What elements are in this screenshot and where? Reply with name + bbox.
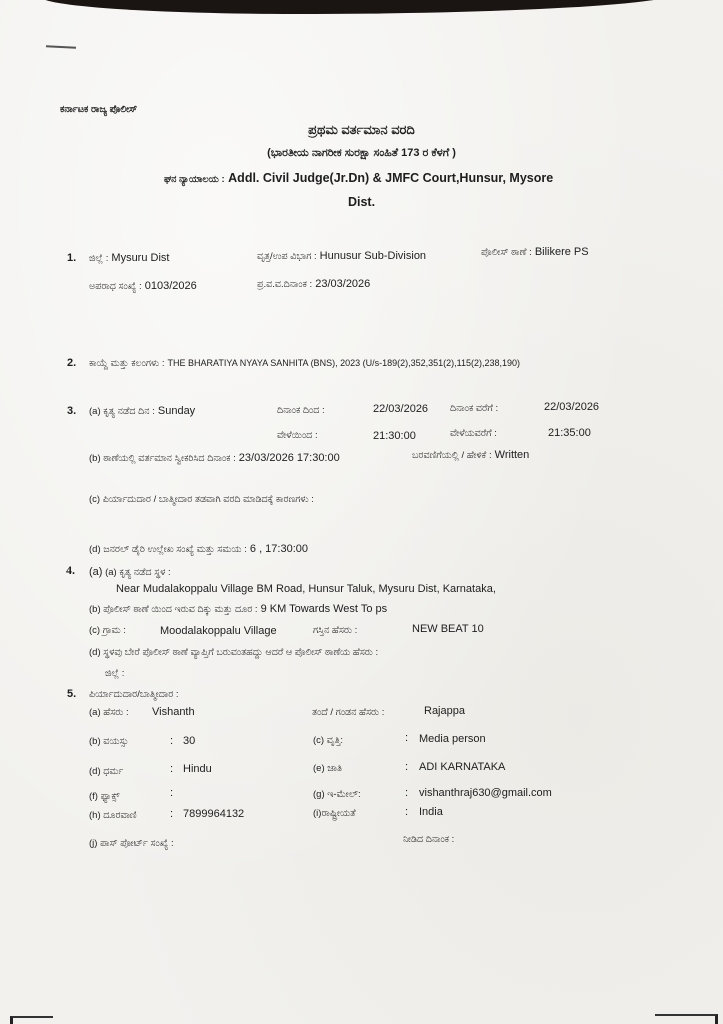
caste-colon: : [405, 761, 408, 773]
section3-number: 3. [67, 405, 76, 417]
beat-label: ಗಸ್ತಿನ ಹೆಸರು : [313, 625, 357, 636]
section5-number: 5. [67, 688, 76, 700]
fir-date-label: ಪ್ರ.ವ.ವ.ದಿನಾಂಕ : [257, 279, 312, 290]
acts-sections-label: ಕಾಯ್ದೆ ಮತ್ತು ಕಲಂಗಳು : [89, 358, 164, 369]
beat-value: NEW BEAT 10 [412, 623, 484, 635]
court-line: ಘನ ನ್ಯಾಯಾಲಯ : Addl. Civil Judge(Jr.Dn) &… [164, 171, 553, 185]
nationality-label: (i)ರಾಷ್ಟ್ರೀಯತೆ [313, 808, 356, 819]
crime-number-label: ಅಪರಾಧ ಸಂಖ್ಯೆ : [89, 281, 142, 292]
village-value: Moodalakoppalu Village [160, 625, 277, 637]
court-value: Addl. Civil Judge(Jr.Dn) & JMFC Court,Hu… [228, 171, 553, 185]
scan-edge-bottom-right [655, 1014, 718, 1024]
info-received-value: 23/03/2026 17:30:00 [239, 452, 340, 464]
district-field: ಜಿಲ್ಲೆ : Mysuru Dist [89, 252, 169, 264]
date-to-label: ದಿನಾಂಕ ವರೆಗೆ : [450, 403, 498, 414]
acts-sections-field: ಕಾಯ್ದೆ ಮತ್ತು ಕಲಂಗಳು : THE BHARATIYA NYAY… [89, 357, 520, 369]
religion-value: Hindu [183, 763, 212, 775]
other-station-field: (d) ಸ್ಥಳವು ಬೇರೆ ಪೊಲೀಸ್ ಠಾಣೆ ವ್ಯಾಪ್ತಿಗೆ ಬ… [89, 646, 378, 658]
delay-reason-label: (c) ಪಿರ್ಯಾದುದಾರ / ಬಾತ್ಮೀದಾರ ತಡವಾಗಿ ವರದಿ … [89, 494, 314, 505]
crime-number-field: ಅಪರಾಧ ಸಂಖ್ಯೆ : 0103/2026 [89, 280, 197, 292]
district-label: ಜಿಲ್ಲೆ : [89, 253, 108, 264]
district-value: Mysuru Dist [111, 252, 169, 264]
general-diary-field: (d) ಜನರಲ್ ಡೈರಿ ಉಲ್ಲೇಖ ಸಂಖ್ಯೆ ಮತ್ತು ಸಮಯ :… [89, 543, 308, 555]
station-label: ಪೊಲೀಸ್ ಠಾಣೆ : [481, 247, 532, 258]
info-mode-label: ಬರವಣಿಗೆಯಲ್ಲಿ / ಹೇಳಿಕೆ : [412, 450, 492, 461]
nationality-colon: : [405, 806, 408, 818]
complainant-heading: ಪಿರ್ಯಾದುದಾರ/ಬಾತ್ಮೀದಾರ : [89, 689, 179, 700]
general-diary-value: 6 , 17:30:00 [250, 543, 308, 555]
other-station-label: (d) ಸ್ಥಳವು ಬೇರೆ ಪೊಲೀಸ್ ಠಾಣೆ ವ್ಯಾಪ್ತಿಗೆ ಬ… [89, 647, 378, 658]
occupation-label: (c) ವೃತ್ತಿ: [313, 735, 343, 746]
phone-value: 7899964132 [183, 808, 244, 820]
age-colon: : [170, 735, 173, 747]
name-label: (a) ಹೆಸರು : [89, 707, 129, 718]
pen-mark [46, 45, 76, 49]
name-value: Vishanth [152, 706, 195, 718]
caste-label: (e) ಜಾತಿ [313, 763, 342, 774]
nationality-value: India [419, 806, 443, 818]
info-mode-value: Written [495, 449, 530, 461]
section2-number: 2. [67, 357, 76, 369]
village-label: (c) ಗ್ರಾಮ : [89, 625, 126, 636]
father-name-label: ತಂದೆ / ಗಂಡನ ಹೆಸರು : [312, 707, 384, 718]
fax-label: (f) ಫ್ಯಾಕ್ಸ್ [89, 791, 120, 802]
other-district-field: ಜಿಲ್ಲೆ : [105, 667, 124, 679]
delay-reason-field: (c) ಪಿರ್ಯಾದುದಾರ / ಬಾತ್ಮೀದಾರ ತಡವಾಗಿ ವರದಿ … [89, 493, 314, 505]
phone-label: (h) ದೂರವಾಣಿ [89, 810, 137, 821]
scan-edge-bottom-left [10, 1016, 53, 1024]
fir-date-value: 23/03/2026 [315, 278, 370, 290]
scanned-fir-page: ಕರ್ನಾಟಕ ರಾಜ್ಯ ಪೊಲೀಸ್ ಪ್ರಥಮ ವರ್ತಮಾನ ವರದಿ … [0, 0, 723, 1024]
scan-shadow-top [40, 0, 680, 14]
place-label-text: (a) ಕೃತ್ಯ ನಡೆದ ಸ್ಥಳ : [105, 567, 171, 578]
religion-colon: : [170, 763, 173, 775]
time-from-label: ವೇಳೆಯಿಂದ : [277, 430, 318, 441]
direction-distance-label: (b) ಪೊಲೀಸ್ ಠಾಣೆ ಯಿಂದ ಇರುವ ದಿಕ್ಕು ಮತ್ತು ದ… [89, 604, 258, 615]
station-field: ಪೊಲೀಸ್ ಠಾಣೆ : Bilikere PS [481, 246, 589, 258]
passport-issue-date-label: ನೀಡಿದ ದಿನಾಂಕ : [403, 834, 454, 845]
date-to-value: 22/03/2026 [544, 401, 599, 413]
occupation-colon: : [405, 732, 408, 744]
occupation-value: Media person [419, 733, 486, 745]
org-name: ಕರ್ನಾಟಕ ರಾಜ್ಯ ಪೊಲೀಸ್ [60, 104, 137, 115]
time-from-value: 21:30:00 [373, 430, 416, 442]
father-name-value: Rajappa [424, 705, 465, 717]
other-district-label: ಜಿಲ್ಲೆ : [105, 668, 124, 679]
fir-date-field: ಪ್ರ.ವ.ವ.ದಿನಾಂಕ : 23/03/2026 [257, 278, 370, 290]
date-from-value: 22/03/2026 [373, 403, 428, 415]
direction-distance-value: 9 KM Towards West To ps [261, 603, 388, 615]
place-of-occurrence-value: Near Mudalakoppalu Village BM Road, Huns… [116, 583, 496, 595]
place-of-occurrence-label: (a) (a) ಕೃತ್ಯ ನಡೆದ ಸ್ಥಳ : [89, 566, 171, 578]
info-received-field: (b) ಠಾಣೆಯಲ್ಲಿ ವರ್ತಮಾನ ಸ್ವೀಕರಿಸಿದ ದಿನಾಂಕ … [89, 452, 340, 464]
date-from-label: ದಿನಾಂಕ ದಿಂದ : [277, 405, 325, 416]
occurrence-day-label: (a) ಕೃತ್ಯ ನಡೆದ ದಿನ : [89, 406, 155, 417]
court-value-continued: Dist. [0, 195, 723, 209]
info-mode-field: ಬರವಣಿಗೆಯಲ್ಲಿ / ಹೇಳಿಕೆ : Written [412, 449, 529, 461]
email-colon: : [405, 787, 408, 799]
subdivision-value: Hunusur Sub-Division [320, 250, 426, 262]
info-received-label: (b) ಠಾಣೆಯಲ್ಲಿ ವರ್ತಮಾನ ಸ್ವೀಕರಿಸಿದ ದಿನಾಂಕ … [89, 453, 236, 464]
document-subtitle: (ಭಾರತೀಯ ನಾಗರೀಕ ಸುರಕ್ಷಾ ಸಂಹಿತೆ 173 ರ ಕೆಳಗ… [0, 147, 723, 160]
crime-number-value: 0103/2026 [145, 280, 197, 292]
time-to-label: ವೇಳೆಯವರೆಗೆ : [450, 428, 497, 439]
religion-label: (d) ಧರ್ಮ [89, 766, 123, 777]
email-value: vishanthraj630@gmail.com [419, 787, 552, 799]
direction-distance-field: (b) ಪೊಲೀಸ್ ಠಾಣೆ ಯಿಂದ ಇರುವ ದಿಕ್ಕು ಮತ್ತು ದ… [89, 603, 387, 615]
occurrence-day-field: (a) ಕೃತ್ಯ ನಡೆದ ದಿನ : Sunday [89, 405, 195, 417]
section1-number: 1. [67, 252, 76, 264]
general-diary-label: (d) ಜನರಲ್ ಡೈರಿ ಉಲ್ಲೇಖ ಸಂಖ್ಯೆ ಮತ್ತು ಸಮಯ : [89, 544, 247, 555]
subdivision-label: ವೃತ್ತ/ಉಪ ವಿಭಾಗ : [257, 251, 317, 262]
acts-sections-value: THE BHARATIYA NYAYA SANHITA (BNS), 2023 … [168, 358, 520, 368]
occurrence-day-value: Sunday [158, 405, 195, 417]
court-label: ಘನ ನ್ಯಾಯಾಲಯ : [164, 174, 225, 185]
age-value: 30 [183, 735, 195, 747]
subdivision-field: ವೃತ್ತ/ಉಪ ವಿಭಾಗ : Hunusur Sub-Division [257, 250, 426, 262]
section4-number: 4. [66, 563, 75, 578]
email-label: (g) ಇ-ಮೇಲ್: [313, 789, 361, 800]
age-label: (b) ವಯಸ್ಸು [89, 736, 129, 747]
document-title: ಪ್ರಥಮ ವರ್ತಮಾನ ವರದಿ [0, 122, 723, 138]
fax-colon: : [170, 787, 173, 799]
phone-colon: : [170, 808, 173, 820]
station-value: Bilikere PS [535, 246, 589, 258]
time-to-value: 21:35:00 [548, 427, 591, 439]
passport-label: (j) ಪಾಸ್ ಪೋರ್ಟ್ ಸಂಖ್ಯೆ : [89, 838, 174, 849]
caste-value: ADI KARNATAKA [419, 761, 505, 773]
